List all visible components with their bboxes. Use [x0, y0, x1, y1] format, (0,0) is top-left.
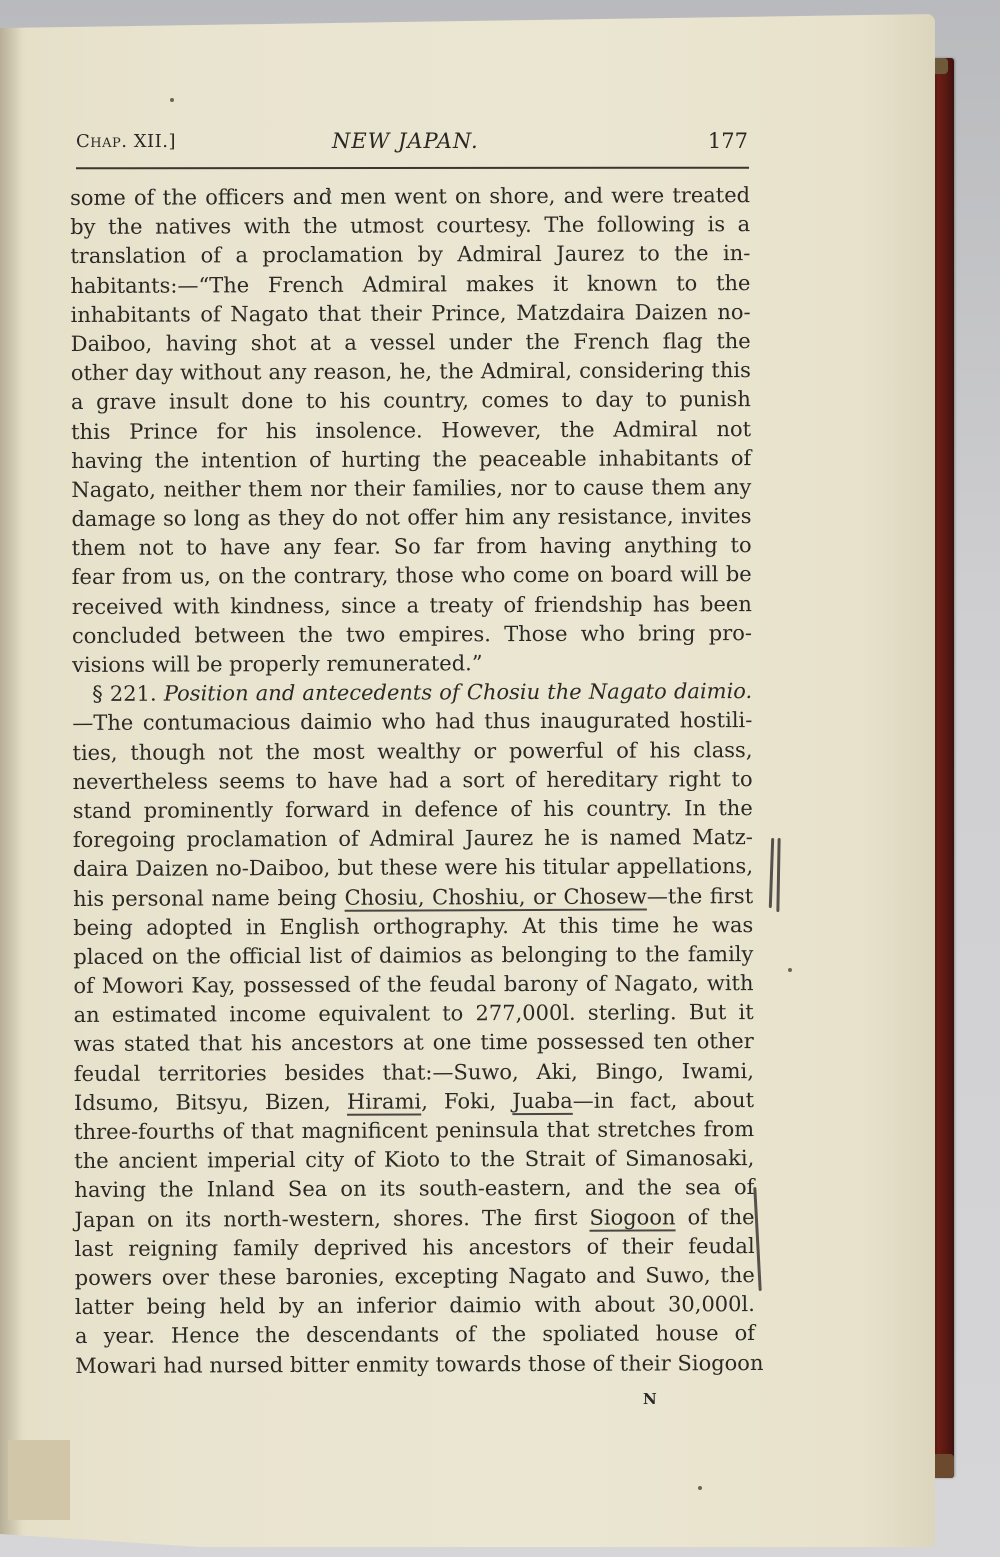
text-line: inhabitants of Nagato that their Prince,… — [71, 298, 751, 330]
text-line: by the natives with the utmost courtesy.… — [70, 210, 750, 242]
text-line: a grave insult done to his country, come… — [71, 385, 751, 417]
text-line: three-fourths of that magnificent penins… — [74, 1115, 754, 1147]
text-fragment: , Foki, — [421, 1089, 512, 1113]
text-line: this Prince for his insolence. However, … — [71, 415, 751, 447]
text-line: Daiboo, having shot at a vessel under th… — [71, 327, 751, 359]
text-line: an estimated income equivalent to 277,00… — [74, 998, 754, 1030]
body-text: some of the officers and men went on sho… — [70, 181, 755, 1381]
pencil-underline-chosiu: Chosiu, Choshiu, or Chosew — [345, 884, 647, 909]
section-title: Position and antecedents of Chosiu the N… — [164, 679, 752, 706]
text-line: other day without any reason, he, the Ad… — [71, 356, 751, 388]
text-line: translation of a proclamation by Admiral… — [70, 239, 750, 271]
text-fragment: —the first — [647, 884, 753, 908]
text-line-chosiu: his personal name being Chosiu, Choshiu,… — [73, 882, 753, 914]
text-line: —The contumacious daimio who had thus in… — [72, 706, 752, 738]
text-line: being adopted in English orthography. At… — [73, 911, 753, 943]
text-line: Nagato, neither them nor their families,… — [71, 473, 751, 505]
text-line: latter being held by an inferior daimio … — [75, 1290, 755, 1322]
text-fragment: his personal name being — [73, 885, 345, 910]
text-line: having the Inland Sea on its south-easte… — [74, 1173, 754, 1205]
signature-mark: N — [643, 1390, 657, 1408]
running-header: Chap. XII.] NEW JAPAN. 177 — [76, 127, 748, 159]
running-title: NEW JAPAN. — [332, 129, 479, 153]
text-line: last reigning family deprived his ancest… — [75, 1232, 755, 1264]
text-line: them not to have any fear. So far from h… — [72, 531, 752, 563]
pencil-underline-siogoon: Siogoon — [589, 1205, 675, 1229]
text-fragment: of the — [675, 1205, 754, 1229]
section-heading: § 221. Position and antecedents of Chosi… — [72, 677, 752, 709]
text-line-hirami: Idsumo, Bitsyu, Bizen, Hirami, Foki, Jua… — [74, 1086, 754, 1118]
text-line: damage so long as they do not offer him … — [71, 502, 751, 534]
text-fragment: Idsumo, Bitsyu, Bizen, — [74, 1090, 347, 1115]
chapter-label: Chap. XII.] — [76, 131, 176, 152]
paper-speck — [698, 1486, 702, 1490]
section-number: § 221. — [92, 682, 157, 706]
text-line: concluded between the two empires. Those… — [72, 619, 752, 651]
text-line: feudal territories besides that:—Suwo, A… — [74, 1057, 754, 1089]
text-line: fear from us, on the contrary, those who… — [72, 560, 752, 592]
paper-speck — [788, 968, 792, 972]
gutter-shadow — [0, 14, 22, 1547]
text-line: having the intention of hurting the peac… — [71, 444, 751, 476]
text-line: Mowari had nursed bitter enmity towards … — [75, 1349, 755, 1381]
paper-speck — [170, 98, 174, 102]
text-fragment: Japan on its north-western, shores. The … — [74, 1205, 589, 1231]
text-line: some of the officers and men went on sho… — [70, 181, 750, 213]
text-line: daira Daizen no-Daiboo, but these were h… — [73, 852, 753, 884]
pencil-underline-juaba: Juaba — [512, 1089, 573, 1113]
text-line: visions will be properly remunerated.” — [72, 648, 752, 680]
text-line: habitants:—“The French Admiral makes it … — [70, 269, 750, 301]
text-line: a year. Hence the descendants of the spo… — [75, 1319, 755, 1351]
text-line: foregoing proclamation of Admiral Jaurez… — [73, 823, 753, 855]
paper-speck — [327, 190, 331, 194]
page-number: 177 — [708, 129, 748, 153]
text-fragment: —in fact, about — [573, 1088, 754, 1113]
pencil-underline-hirami: Hirami — [347, 1089, 421, 1113]
text-line: stand prominently forward in defence of … — [73, 794, 753, 826]
text-line: was stated that his ancestors at one tim… — [74, 1027, 754, 1059]
text-line: the ancient imperial city of Kioto to th… — [74, 1144, 754, 1176]
text-line: received with kindness, since a treaty o… — [72, 590, 752, 622]
text-line: of Mowori Kay, possessed of the feudal b… — [73, 969, 753, 1001]
text-line-siogoon: Japan on its north-western, shores. The … — [74, 1203, 754, 1235]
text-line: nevertheless seems to have had a sort of… — [73, 765, 753, 797]
text-line: powers over these baronies, excepting Na… — [75, 1261, 755, 1293]
underlying-page-edge — [8, 1440, 70, 1520]
text-line: placed on the official list of daimios a… — [73, 940, 753, 972]
text-line: ties, though not the most wealthy or pow… — [72, 736, 752, 768]
